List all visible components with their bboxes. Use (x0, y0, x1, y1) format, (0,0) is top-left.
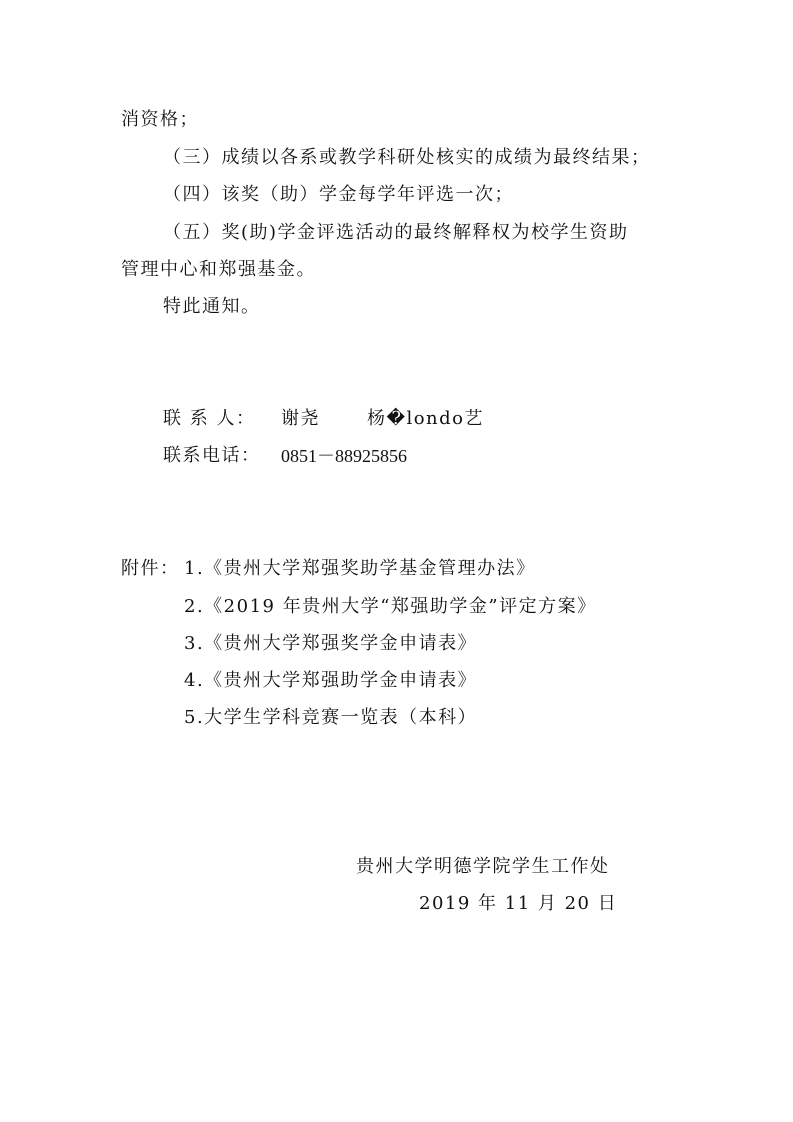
clause-three: （三）成绩以各系或教学科研处核实的成绩为最终结果； (163, 147, 651, 169)
attachment-item: 3.《贵州大学郑强奖学金申请表》 (184, 633, 477, 655)
contact-person-2: 杨�londo艺 (367, 408, 484, 430)
clause-five: （五）奖(助)学金评选活动的最终解释权为校学生资助 (163, 222, 629, 244)
contact-person-label: 联 系 人： (163, 408, 255, 430)
contact-phone-label: 联系电话： (163, 445, 261, 467)
attachments-label: 附件： (121, 558, 180, 580)
paragraph-continuation: 消资格； (121, 109, 199, 131)
closing-remark: 特此通知。 (163, 296, 261, 318)
issuing-office: 贵州大学明德学院学生工作处 (356, 856, 610, 878)
attachment-item: 5.大学生学科竞赛一览表（本科） (184, 707, 477, 729)
contact-person-1: 谢尧 (281, 408, 320, 430)
issue-date: 2019 年 11 月 20 日 (419, 893, 617, 915)
attachment-item: 4.《贵州大学郑强助学金申请表》 (184, 670, 477, 692)
attachment-item: 1.《贵州大学郑强奖助学基金管理办法》 (184, 558, 536, 580)
attachment-item: 2.《2019 年贵州大学“郑强助学金”评定方案》 (184, 596, 597, 618)
clause-five-cont: 管理中心和郑强基金。 (121, 259, 316, 281)
clause-four: （四）该奖（助）学金每学年评选一次； (163, 184, 514, 206)
contact-phone: 0851－88925856 (281, 445, 407, 467)
